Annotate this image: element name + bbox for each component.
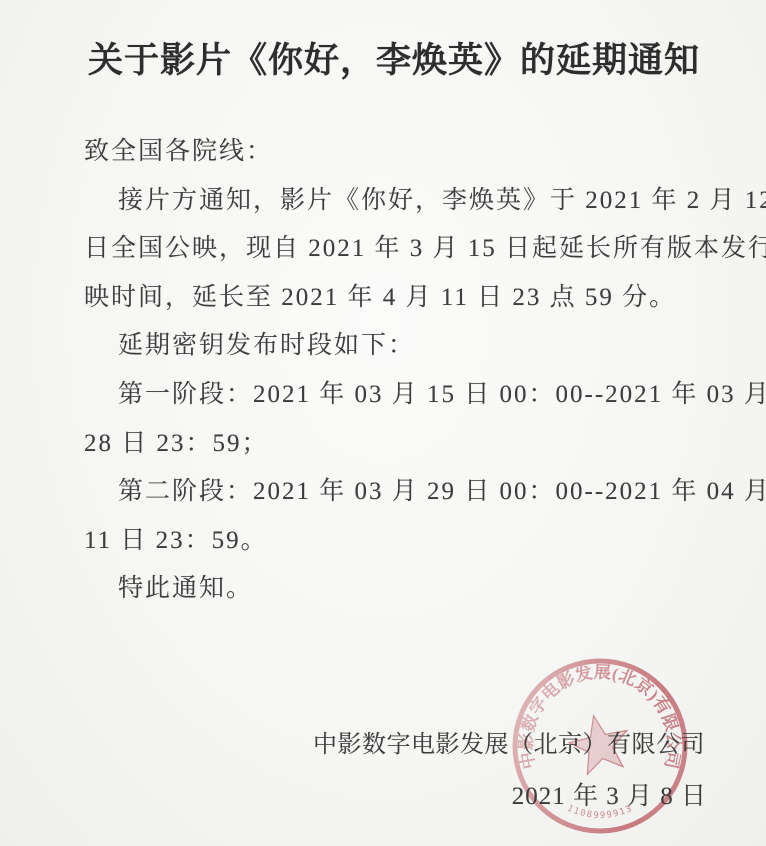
body-text: 致全国各院线：接片方通知，影片《你好，李焕英》于 2021 年 2 月 12日全… xyxy=(84,128,724,614)
body-line: 接片方通知，影片《你好，李焕英》于 2021 年 2 月 12 xyxy=(84,177,724,226)
scanned-notice-document: 关于影片《你好，李焕英》的延期通知 致全国各院线：接片方通知，影片《你好，李焕英… xyxy=(0,0,766,846)
body-line: 延期密钥发布时段如下： xyxy=(84,322,724,371)
body-line: 特此通知。 xyxy=(84,565,724,614)
body-line: 日全国公映，现自 2021 年 3 月 15 日起延长所有版本发行放 xyxy=(84,225,724,274)
body-line: 28 日 23：59； xyxy=(84,420,724,469)
signature-date: 2021 年 3 月 8 日 xyxy=(512,776,707,812)
body-line: 第一阶段：2021 年 03 月 15 日 00：00--2021 年 03 月 xyxy=(84,371,724,420)
page-title: 关于影片《你好，李焕英》的延期通知 xyxy=(0,33,766,83)
body-line: 11 日 23：59。 xyxy=(84,517,724,566)
body-line: 致全国各院线： xyxy=(84,128,724,177)
body-line: 映时间，延长至 2021 年 4 月 11 日 23 点 59 分。 xyxy=(84,274,724,323)
body-line: 第二阶段：2021 年 03 月 29 日 00：00--2021 年 04 月 xyxy=(84,468,724,517)
signature-company: 中影数字电影发展（北京）有限公司 xyxy=(313,724,705,759)
